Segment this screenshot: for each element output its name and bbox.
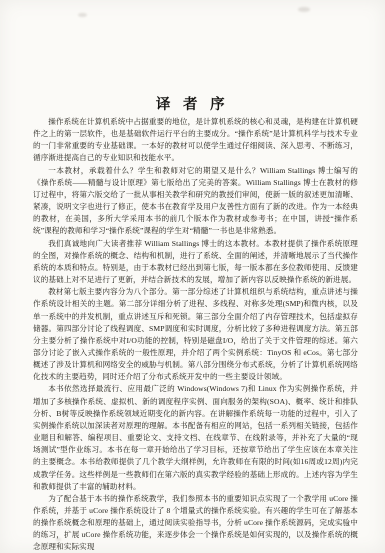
scan-noise xyxy=(78,13,87,17)
book-page: 译 者 序 操作系统在计算机系统中占据重要的地位，是计算机系统的核心和灵魂，是构… xyxy=(0,0,385,553)
preface-body: 操作系统在计算机系统中占据重要的地位，是计算机系统的核心和灵魂，是构建在计算机硬… xyxy=(33,116,358,553)
page-number: · 3 · xyxy=(340,521,356,528)
preface-paragraph-6: 为了配合基于本书的操作系统教学，我们参照本书的重要知识点实现了一个教学用 uCo… xyxy=(33,493,358,553)
scan-noise xyxy=(298,7,310,12)
preface-paragraph-3: 我们真诚地向广大读者推荐 William Stallings 博士的这本教材。本… xyxy=(33,238,358,287)
page-title: 译 者 序 xyxy=(0,93,385,114)
preface-paragraph-4: 教材第七版主要内容分为八个部分。第一部分综述了计算机组织与系统结构，重点讲述与操… xyxy=(33,286,358,383)
preface-paragraph-2: 一本教材，承载着什么？学生和教师对它的期望又是什么？William Stalli… xyxy=(33,165,358,238)
preface-paragraph-1: 操作系统在计算机系统中占据重要的地位，是计算机系统的核心和灵魂，是构建在计算机硬… xyxy=(33,116,358,165)
preface-paragraph-5: 本书依然选择最流行、应用最广泛的 Windows(Windows 7)和 Lin… xyxy=(33,383,358,492)
